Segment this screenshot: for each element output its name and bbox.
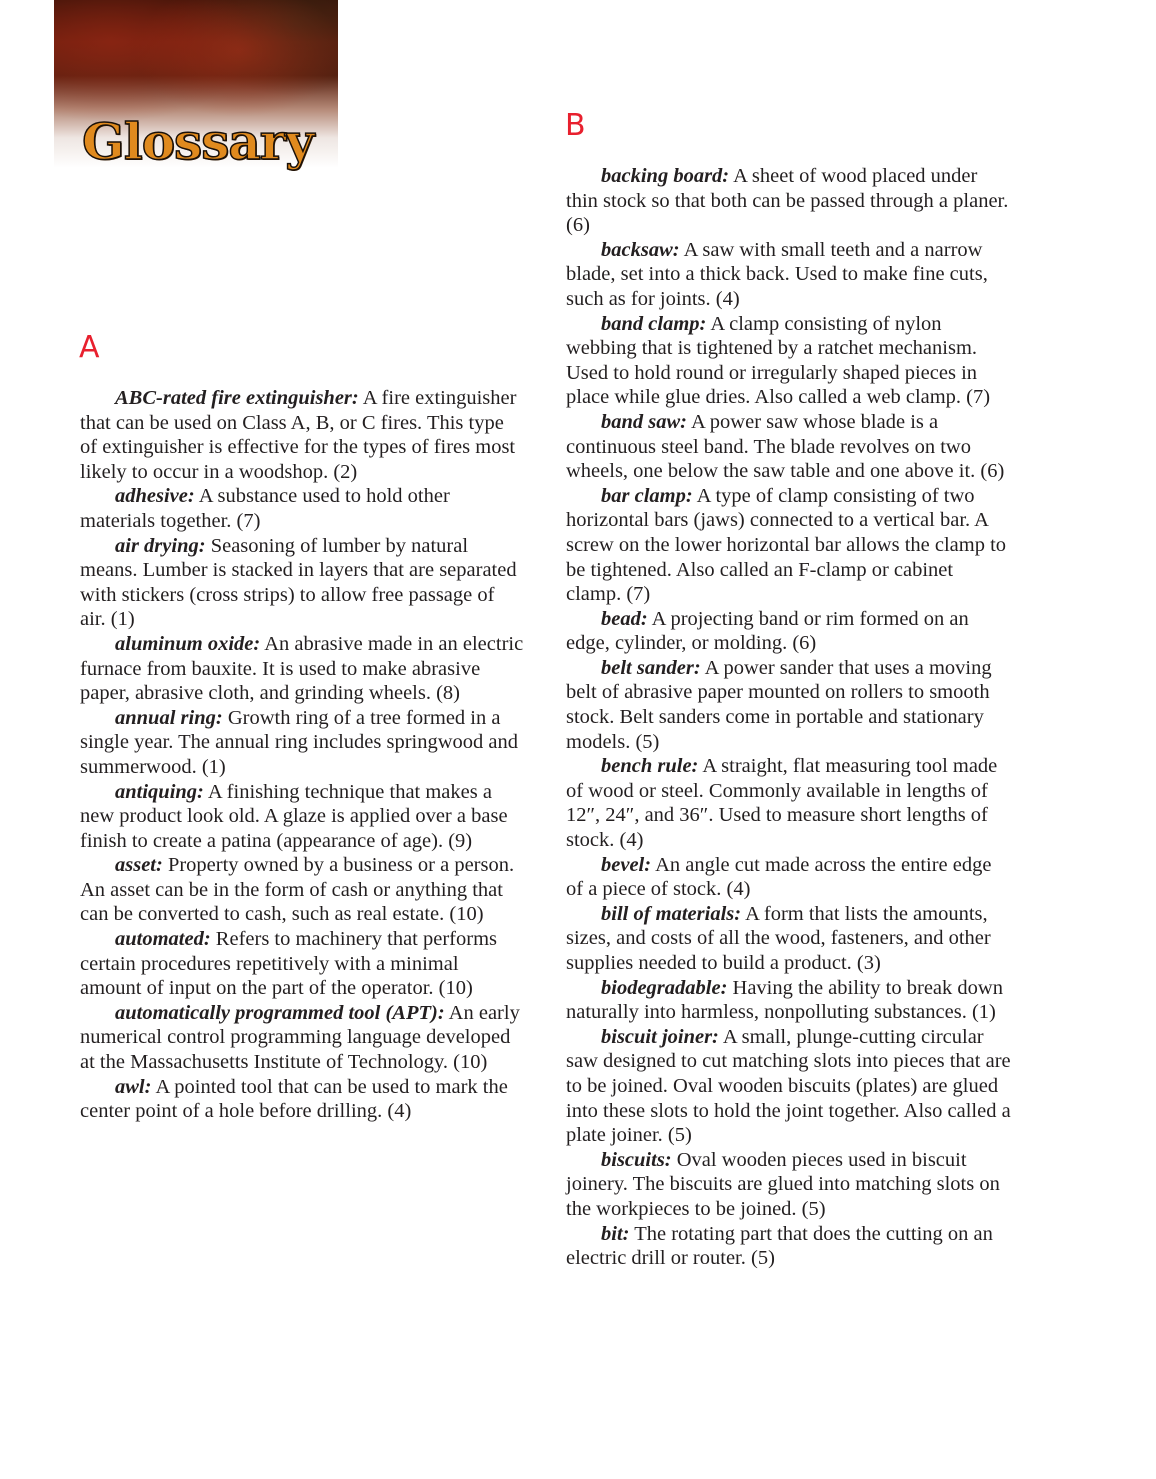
glossary-term: biodegradable: xyxy=(601,977,727,999)
glossary-entry: biscuit joiner: A small, plunge-cutting … xyxy=(566,1025,1011,1148)
glossary-section-b: B backing board: A sheet of wood placed … xyxy=(566,108,1011,1271)
glossary-entry: biscuits: Oval wooden pieces used in bis… xyxy=(566,1148,1011,1222)
page-title: Glossary xyxy=(82,112,313,171)
glossary-entry: bit: The rotating part that does the cut… xyxy=(566,1222,1011,1271)
glossary-entry: adhesive: A substance used to hold other… xyxy=(80,484,525,533)
glossary-term: biscuit joiner: xyxy=(601,1026,719,1048)
glossary-term: ABC-rated fire extinguisher: xyxy=(115,387,359,409)
glossary-term: band clamp: xyxy=(601,313,706,335)
glossary-term: bevel: xyxy=(601,854,651,876)
glossary-entry: bar clamp: A type of clamp consisting of… xyxy=(566,484,1011,607)
glossary-entry: antiquing: A finishing technique that ma… xyxy=(80,780,525,854)
glossary-term: biscuits: xyxy=(601,1149,672,1171)
glossary-term: bench rule: xyxy=(601,755,698,777)
glossary-entry: air drying: Seasoning of lumber by natur… xyxy=(80,534,525,632)
glossary-entry: belt sander: A power sander that uses a … xyxy=(566,656,1011,754)
glossary-definition: The rotating part that does the cutting … xyxy=(566,1223,993,1270)
section-letter-b: B xyxy=(565,108,1011,144)
glossary-term: awl: xyxy=(115,1076,151,1098)
section-letter-a: A xyxy=(79,330,525,366)
glossary-term: belt sander: xyxy=(601,657,701,679)
glossary-entry: aluminum oxide: An abrasive made in an e… xyxy=(80,632,525,706)
glossary-term: automatically programmed tool (APT): xyxy=(115,1002,445,1024)
glossary-entry: asset: Property owned by a business or a… xyxy=(80,853,525,927)
glossary-term: bar clamp: xyxy=(601,485,693,507)
glossary-entry: biodegradable: Having the ability to bre… xyxy=(566,976,1011,1025)
glossary-entry: bill of materials: A form that lists the… xyxy=(566,902,1011,976)
glossary-term: asset: xyxy=(115,854,163,876)
glossary-entry: bevel: An angle cut made across the enti… xyxy=(566,853,1011,902)
glossary-term: antiquing: xyxy=(115,781,204,803)
glossary-entry: backsaw: A saw with small teeth and a na… xyxy=(566,238,1011,312)
glossary-entry: automatically programmed tool (APT): An … xyxy=(80,1001,525,1075)
glossary-entry: awl: A pointed tool that can be used to … xyxy=(80,1075,525,1124)
glossary-entry: backing board: A sheet of wood placed un… xyxy=(566,164,1011,238)
glossary-term: bead: xyxy=(601,608,648,630)
glossary-term: adhesive: xyxy=(115,485,195,507)
glossary-entry: bead: A projecting band or rim formed on… xyxy=(566,607,1011,656)
glossary-term: bill of materials: xyxy=(601,903,741,925)
glossary-term: band saw: xyxy=(601,411,687,433)
glossary-section-a: A ABC-rated fire extinguisher: A fire ex… xyxy=(80,330,525,1124)
glossary-term: automated: xyxy=(115,928,211,950)
glossary-term: backsaw: xyxy=(601,239,680,261)
glossary-entry: band clamp: A clamp consisting of nylon … xyxy=(566,312,1011,410)
glossary-entry: band saw: A power saw whose blade is a c… xyxy=(566,410,1011,484)
glossary-term: air drying: xyxy=(115,535,206,557)
glossary-term: annual ring: xyxy=(115,707,223,729)
glossary-entry: bench rule: A straight, flat measuring t… xyxy=(566,754,1011,852)
glossary-term: bit: xyxy=(601,1223,629,1245)
glossary-entry: annual ring: Growth ring of a tree forme… xyxy=(80,706,525,780)
glossary-term: backing board: xyxy=(601,165,729,187)
glossary-term: aluminum oxide: xyxy=(115,633,260,655)
glossary-entry: automated: Refers to machinery that perf… xyxy=(80,927,525,1001)
glossary-entry: ABC-rated fire extinguisher: A fire exti… xyxy=(80,386,525,484)
